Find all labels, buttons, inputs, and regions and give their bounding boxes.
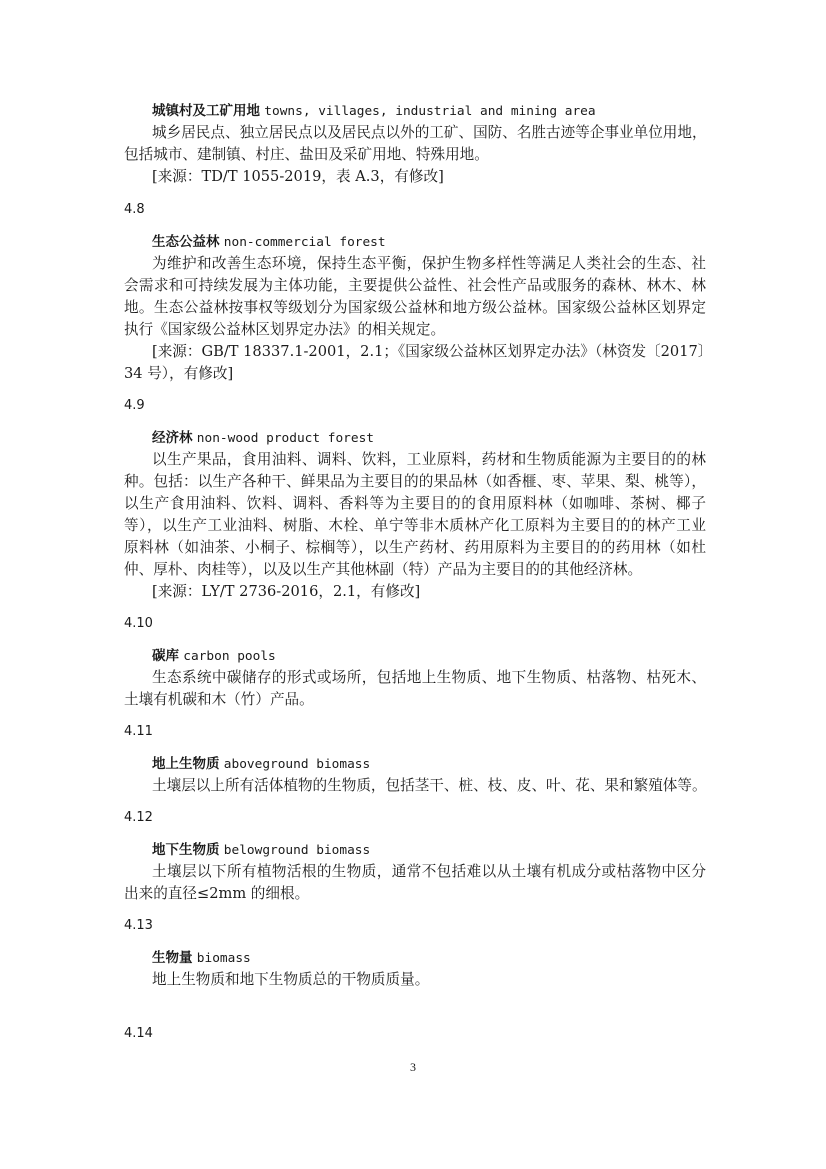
term-zh: 碳库 <box>152 648 179 664</box>
clause-number: 4.8 <box>124 200 145 220</box>
source-citation: [来源：GB/T 18337.1-2001，2.1；《国家级公益林区划界定办法》… <box>152 342 706 362</box>
source-citation: 34 号），有修改] <box>124 364 233 384</box>
definition-line: 土壤层以上所有活体植物的生物质，包括茎干、桩、枝、皮、叶、花、果和繁殖体等。 <box>152 776 707 796</box>
page-number: 3 <box>0 1060 826 1075</box>
term-heading: 城镇村及工矿用地 towns, villages, industrial and… <box>152 101 596 122</box>
definition-line: 以生产食用油料、饮料、调料、香料等为主要目的的食用原料林（如咖啡、茶树、椰子 <box>124 494 706 514</box>
term-zh: 地下生物质 <box>152 842 220 858</box>
term-heading: 生态公益林 non-commercial forest <box>152 232 386 253</box>
term-en: carbon pools <box>183 649 275 664</box>
clause-number: 4.11 <box>124 722 153 742</box>
term-zh: 生物量 <box>152 950 193 966</box>
definition-line: 出来的直径≤2mm 的细根。 <box>124 884 309 904</box>
clause-number: 4.13 <box>124 916 153 936</box>
definition-line: 执行《国家级公益林区划界定办法》的相关规定。 <box>124 320 445 340</box>
term-en: biomass <box>197 951 251 966</box>
source-citation: [来源：TD/T 1055-2019，表 A.3，有修改] <box>152 167 444 187</box>
definition-line: 会需求和可持续发展为主体功能，主要提供公益性、社会性产品或服务的森林、林木、林 <box>124 276 706 296</box>
term-heading: 经济林 non-wood product forest <box>152 428 374 449</box>
clause-number: 4.10 <box>124 614 153 634</box>
definition-line: 城乡居民点、独立居民点以及居民点以外的工矿、国防、名胜古迹等企事业单位用地， <box>152 123 706 143</box>
definition-line: 种。包括：以生产各种干、鲜果品为主要目的的果品林（如香榧、枣、苹果、梨、桃等）， <box>124 472 706 492</box>
term-heading: 地上生物质 aboveground biomass <box>152 754 370 775</box>
term-en: non-wood product forest <box>197 431 374 446</box>
definition-line: 为维护和改善生态环境，保持生态平衡，保护生物多样性等满足人类社会的生态、社 <box>152 254 706 274</box>
term-heading: 生物量 biomass <box>152 948 251 969</box>
term-en: belowground biomass <box>224 843 370 858</box>
definition-line: 生态系统中碳储存的形式或场所，包括地上生物质、地下生物质、枯落物、枯死木、 <box>152 668 706 688</box>
definition-line: 地上生物质和地下生物质总的干物质质量。 <box>152 970 429 990</box>
term-zh: 经济林 <box>152 430 193 446</box>
clause-number: 4.14 <box>124 1024 153 1044</box>
definition-line: 仲、厚朴、肉桂等），以及以生产其他林副（特）产品为主要目的的其他经济林。 <box>124 560 642 580</box>
term-zh: 城镇村及工矿用地 <box>152 103 260 119</box>
definition-line: 土壤层以下所有植物活根的生物质，通常不包括难以从土壤有机成分或枯落物中区分 <box>152 862 706 882</box>
clause-number: 4.12 <box>124 808 153 828</box>
clause-number: 4.9 <box>124 396 145 416</box>
term-en: towns, villages, industrial and mining a… <box>264 104 595 119</box>
definition-line: 包括城市、建制镇、村庄、盐田及采矿用地、特殊用地。 <box>124 145 489 165</box>
definition-line: 土壤有机碳和木（竹）产品。 <box>124 690 314 710</box>
term-en: non-commercial forest <box>224 235 386 250</box>
term-heading: 地下生物质 belowground biomass <box>152 840 370 861</box>
definition-line: 地。生态公益林按事权等级划分为国家级公益林和地方级公益林。国家级公益林区划界定 <box>124 298 706 318</box>
term-heading: 碳库 carbon pools <box>152 646 276 667</box>
term-zh: 地上生物质 <box>152 756 220 772</box>
definition-line: 原料林（如油茶、小桐子、棕榈等），以生产药材、药用原料为主要目的的药用林（如杜 <box>124 538 706 558</box>
term-zh: 生态公益林 <box>152 234 220 250</box>
definition-line: 等），以生产工业油料、树脂、木栓、单宁等非木质林产化工原料为主要目的的林产工业 <box>124 516 706 536</box>
term-en: aboveground biomass <box>224 757 370 772</box>
source-citation: [来源：LY/T 2736-2016，2.1，有修改] <box>152 582 420 602</box>
definition-line: 以生产果品，食用油料、调料、饮料，工业原料，药材和生物质能源为主要目的的林 <box>152 450 706 470</box>
